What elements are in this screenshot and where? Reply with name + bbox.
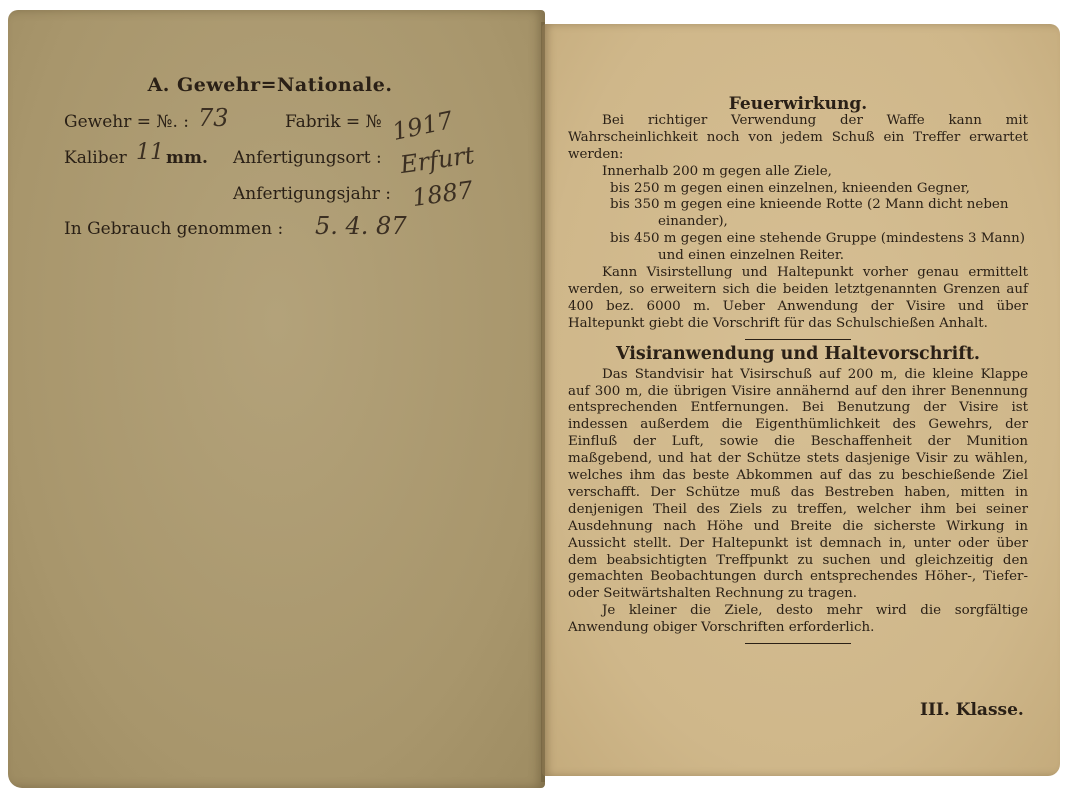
class-footer: III. Klasse. — [920, 700, 1024, 720]
kaliber-label: Kaliber — [64, 148, 127, 168]
left-page-title: A. Gewehr=Nationale. — [110, 74, 430, 96]
gebrauch-label: In Gebrauch genommen : — [64, 219, 283, 239]
ort-label: Anfertigungsort : — [233, 148, 382, 168]
feuerwirkung-para2: Kann Visirstellung und Haltepunkt vorher… — [568, 265, 1028, 333]
range-item: bis 250 m gegen einen einzelnen, knieend… — [610, 181, 1028, 198]
right-page-text: Feuerwirkung. Bei richtiger Verwendung d… — [568, 96, 1028, 650]
jahr-label: Anfertigungsjahr : — [233, 184, 391, 204]
section-divider — [745, 643, 851, 644]
fabrik-no-label: Fabrik = № — [285, 112, 382, 132]
range-item: bis 350 m gegen eine knieende Rotte (2 M… — [610, 197, 1028, 231]
book-gutter — [541, 22, 545, 782]
range-item: bis 450 m gegen eine stehende Gruppe (mi… — [610, 231, 1028, 265]
visiranwendung-para2: Je kleiner die Ziele, desto mehr wird di… — [568, 603, 1028, 637]
section-visiranwendung-title: Visiranwendung und Haltevorschrift. — [568, 346, 1028, 363]
visiranwendung-para1: Das Standvisir hat Visirschuß auf 200 m,… — [568, 367, 1028, 604]
gebrauch-value: 5. 4. 87 — [315, 212, 407, 240]
range-item: Innerhalb 200 m gegen alle Ziele, — [602, 164, 1028, 181]
gewehr-no-value: 73 — [198, 104, 229, 132]
section-divider — [745, 339, 851, 340]
kaliber-value: 11 — [136, 140, 164, 165]
gewehr-no-label: Gewehr = №. : — [64, 112, 189, 132]
feuerwirkung-intro: Bei richtiger Verwendung der Waffe kann … — [568, 113, 1028, 164]
kaliber-unit: mm. — [166, 148, 208, 168]
section-feuerwirkung-title: Feuerwirkung. — [568, 96, 1028, 113]
